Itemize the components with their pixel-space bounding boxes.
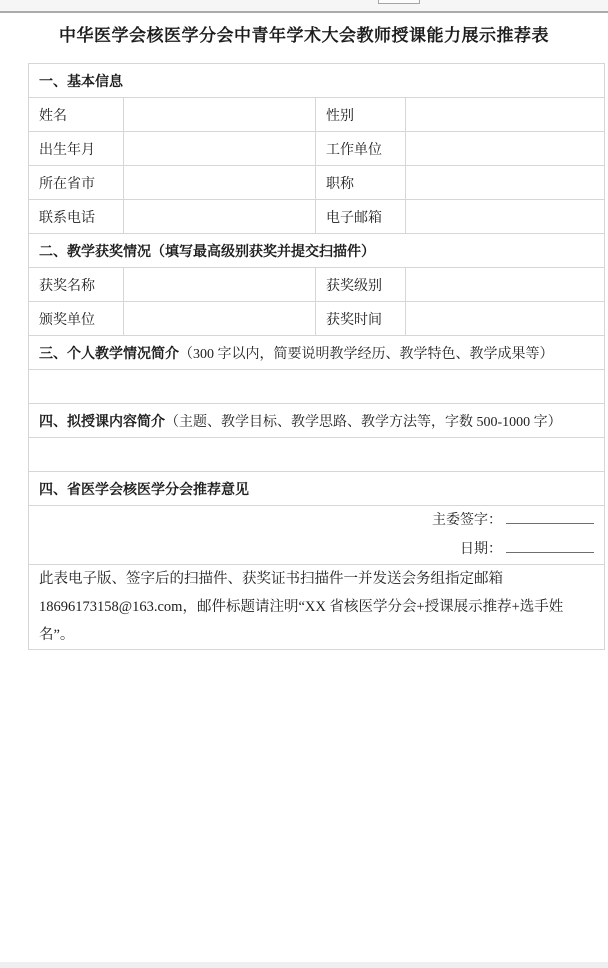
section-course-intro-title: 四、拟授课内容简介 <box>39 415 165 430</box>
section-awards-header: 二、教学获奖情况（填写最高级别获奖并提交扫描件） <box>29 234 605 268</box>
section-teaching-intro-note: （300 字以内，简要说明教学经历、教学特色、教学成果等） <box>179 347 554 362</box>
phone-field[interactable] <box>124 200 316 234</box>
award-date-label: 获奖时间 <box>316 302 406 336</box>
work-unit-field[interactable] <box>406 132 605 166</box>
note-line-3: 名”。 <box>39 621 594 649</box>
note-line-1: 此表电子版、签字后的扫描件、获奖证书扫描件一并发送会务组指定邮箱 <box>39 565 594 593</box>
award-issuer-label: 颁奖单位 <box>29 302 124 336</box>
recommendation-body-row: 主委签字： 日期： <box>29 506 605 565</box>
date-label: 日期： <box>460 542 502 557</box>
teaching-intro-content-row <box>29 370 605 404</box>
date-row: 日期： <box>39 535 594 564</box>
section-teaching-intro-title: 三、个人教学情况简介 <box>39 347 179 362</box>
job-title-field[interactable] <box>406 166 605 200</box>
section-recommendation-header-row: 四、省医学会核医学分会推荐意见 <box>29 472 605 506</box>
teaching-intro-textarea[interactable] <box>29 370 605 404</box>
table-row: 获奖名称 获奖级别 <box>29 268 605 302</box>
award-level-field[interactable] <box>406 268 605 302</box>
page-title: 中华医学会核医学分会中青年学术大会教师授课能力展示推荐表 <box>0 13 608 46</box>
award-name-label: 获奖名称 <box>29 268 124 302</box>
chairman-signature-line[interactable] <box>506 511 594 524</box>
section-recommendation-header: 四、省医学会核医学分会推荐意见 <box>29 472 605 506</box>
chairman-signature-row: 主委签字： <box>39 506 594 535</box>
birth-date-label: 出生年月 <box>29 132 124 166</box>
note-row: 此表电子版、签字后的扫描件、获奖证书扫描件一并发送会务组指定邮箱 1869617… <box>29 565 605 650</box>
chairman-signature-label: 主委签字： <box>432 513 502 528</box>
gender-field[interactable] <box>406 98 605 132</box>
work-unit-label: 工作单位 <box>316 132 406 166</box>
email-field[interactable] <box>406 200 605 234</box>
gender-label: 性别 <box>316 98 406 132</box>
section-course-intro-note: （主题、教学目标、教学思路、教学方法等，字数 500-1000 字） <box>165 415 562 430</box>
province-field[interactable] <box>124 166 316 200</box>
award-date-field[interactable] <box>406 302 605 336</box>
table-row: 出生年月 工作单位 <box>29 132 605 166</box>
form-table: 一、基本信息 姓名 性别 出生年月 工作单位 所在省市 职称 联系电话 电子邮箱 <box>28 63 605 650</box>
award-name-field[interactable] <box>124 268 316 302</box>
course-intro-textarea[interactable] <box>29 438 605 472</box>
award-issuer-field[interactable] <box>124 302 316 336</box>
section-teaching-intro-header-row: 三、个人教学情况简介（300 字以内，简要说明教学经历、教学特色、教学成果等） <box>29 336 605 370</box>
name-label: 姓名 <box>29 98 124 132</box>
note-cell: 此表电子版、签字后的扫描件、获奖证书扫描件一并发送会务组指定邮箱 1869617… <box>29 565 605 650</box>
section-teaching-intro-header: 三、个人教学情况简介（300 字以内，简要说明教学经历、教学特色、教学成果等） <box>29 336 605 370</box>
award-level-label: 获奖级别 <box>316 268 406 302</box>
document-page: 中华医学会核医学分会中青年学术大会教师授课能力展示推荐表 一、基本信息 姓名 性… <box>0 13 608 962</box>
table-row: 姓名 性别 <box>29 98 605 132</box>
email-label: 电子邮箱 <box>316 200 406 234</box>
section-basic-header: 一、基本信息 <box>29 64 605 98</box>
note-line-2: 18696173158@163.com，邮件标题请注明“XX 省核医学分会+授课… <box>39 593 594 621</box>
date-line[interactable] <box>506 540 594 553</box>
phone-label: 联系电话 <box>29 200 124 234</box>
page-top-edge <box>0 0 608 13</box>
section-basic-header-row: 一、基本信息 <box>29 64 605 98</box>
section-awards-header-row: 二、教学获奖情况（填写最高级别获奖并提交扫描件） <box>29 234 605 268</box>
recommendation-body-cell: 主委签字： 日期： <box>29 506 605 565</box>
table-row: 所在省市 职称 <box>29 166 605 200</box>
name-field[interactable] <box>124 98 316 132</box>
table-row: 颁奖单位 获奖时间 <box>29 302 605 336</box>
course-intro-content-row <box>29 438 605 472</box>
section-course-intro-header-row: 四、拟授课内容简介（主题、教学目标、教学思路、教学方法等，字数 500-1000… <box>29 404 605 438</box>
cropped-ui-fragment <box>378 0 420 4</box>
section-course-intro-header: 四、拟授课内容简介（主题、教学目标、教学思路、教学方法等，字数 500-1000… <box>29 404 605 438</box>
birth-date-field[interactable] <box>124 132 316 166</box>
job-title-label: 职称 <box>316 166 406 200</box>
province-label: 所在省市 <box>29 166 124 200</box>
table-row: 联系电话 电子邮箱 <box>29 200 605 234</box>
